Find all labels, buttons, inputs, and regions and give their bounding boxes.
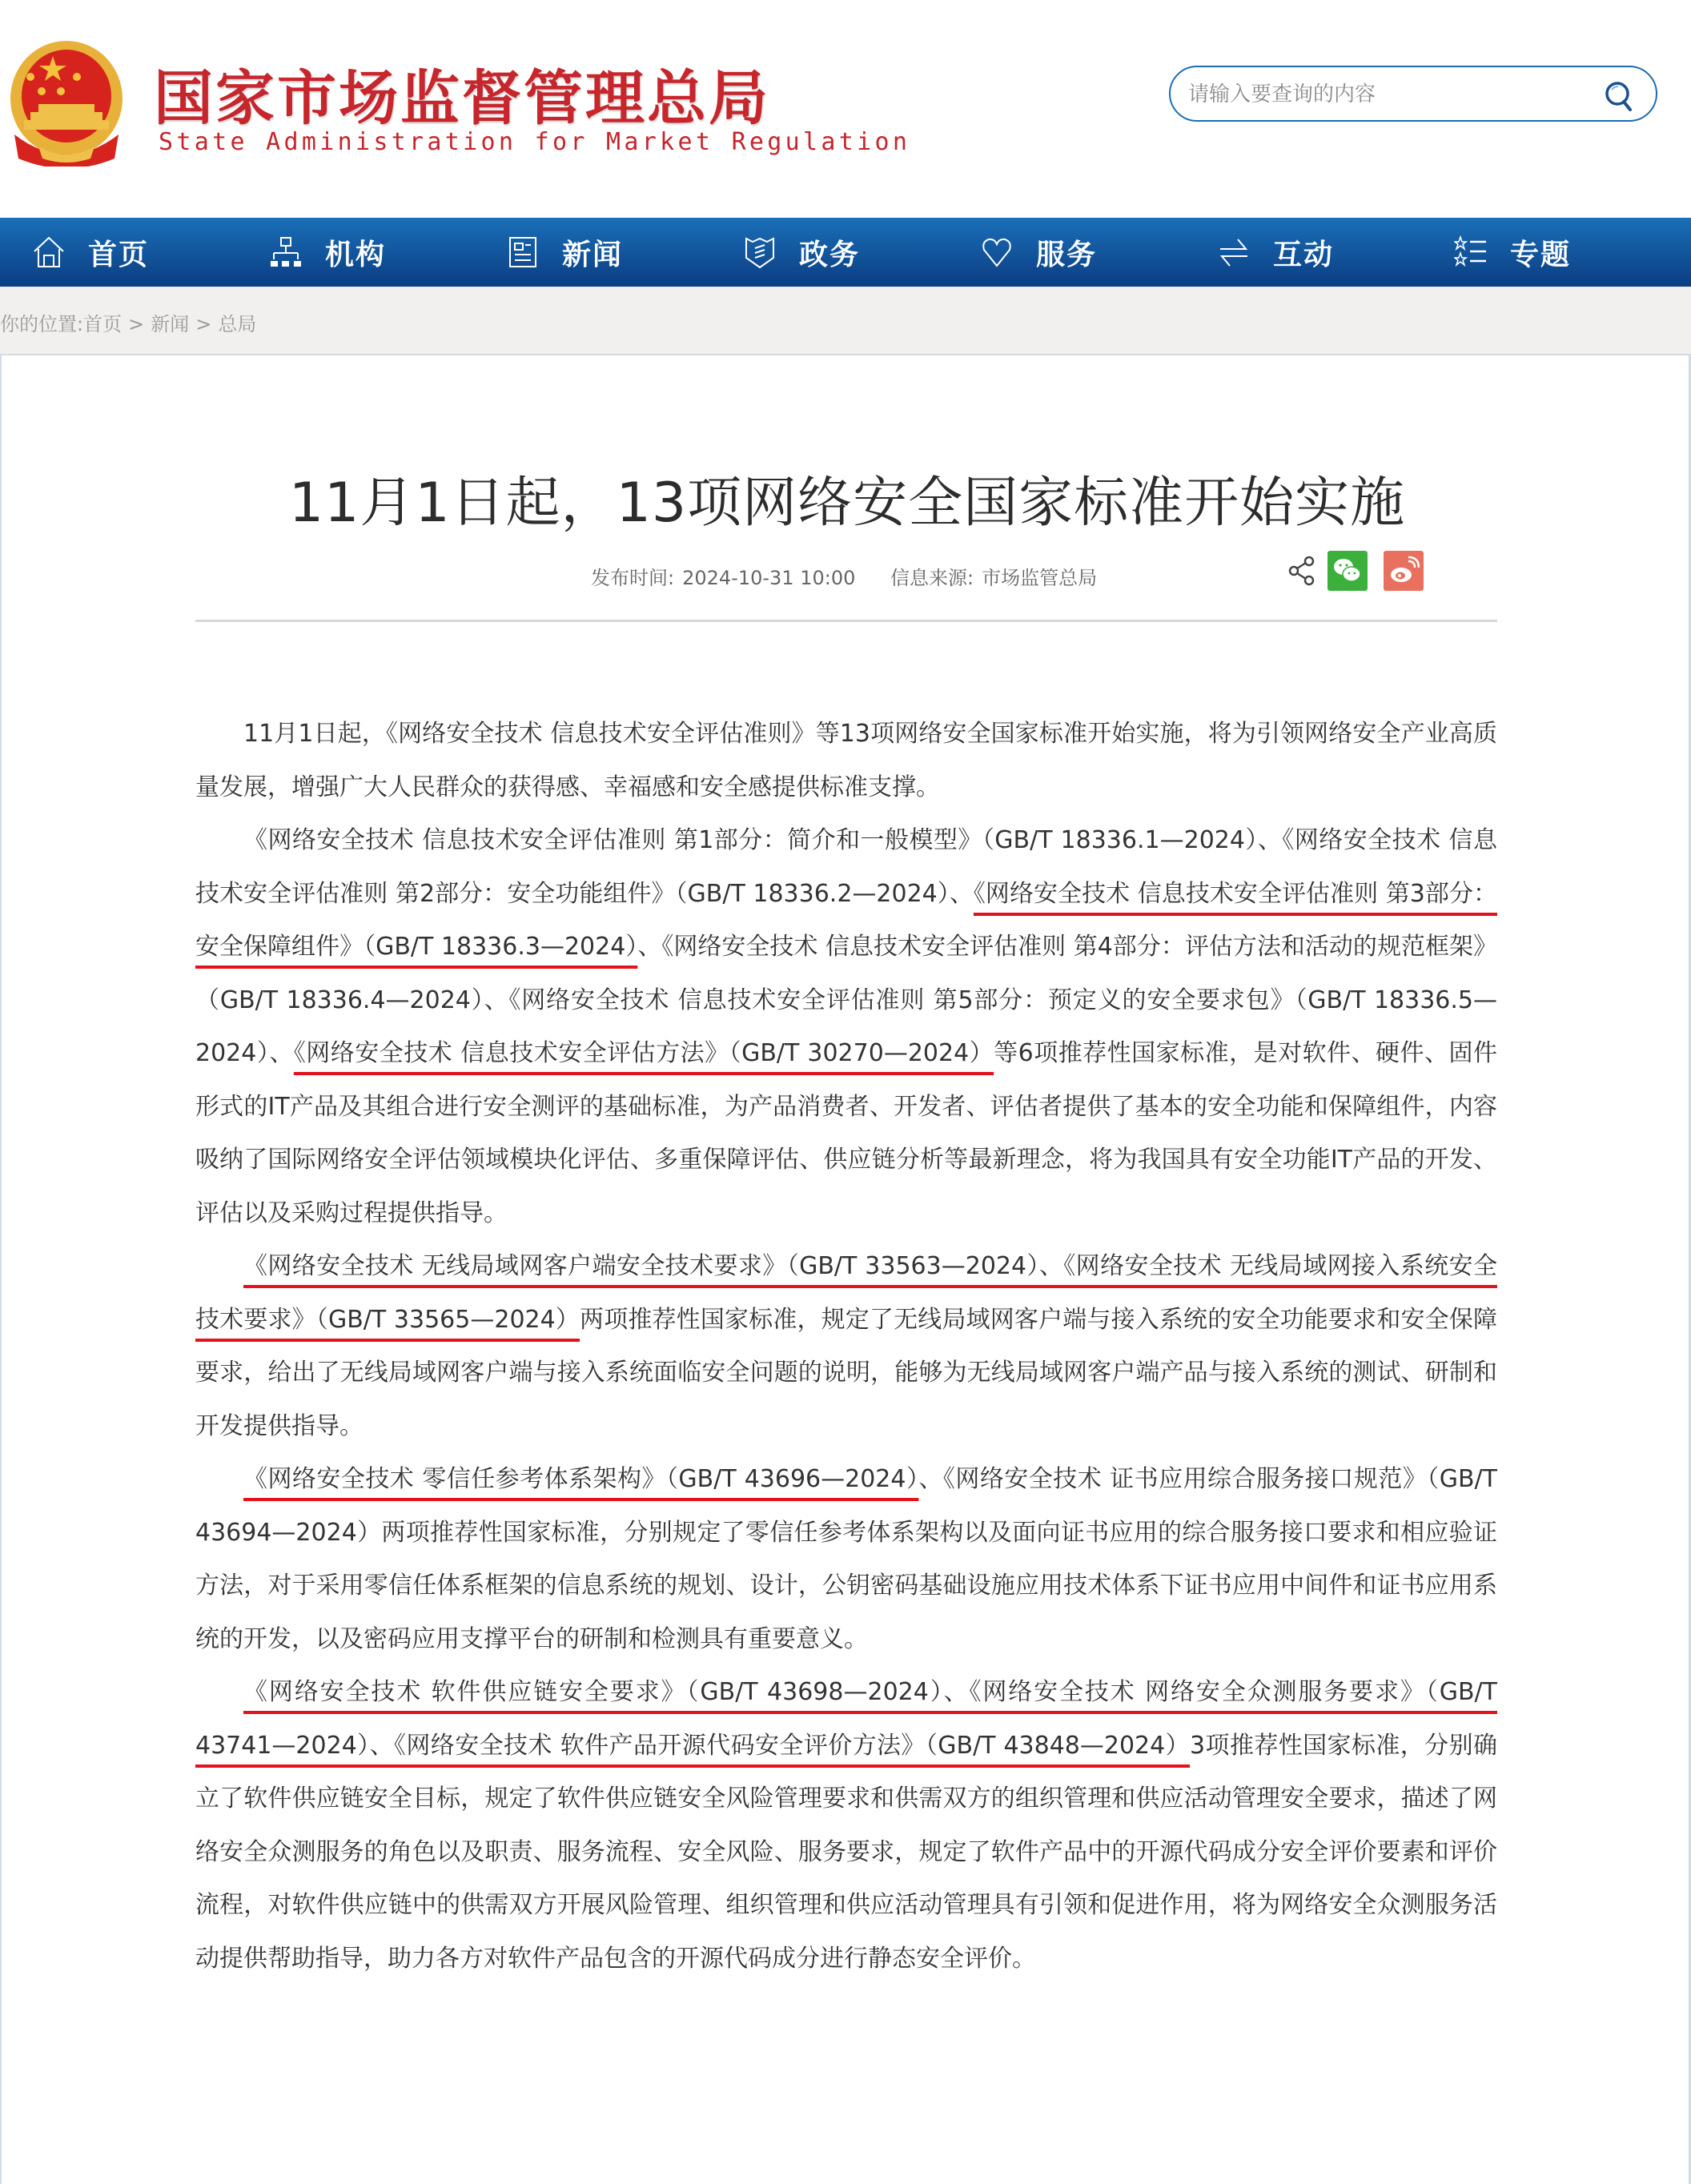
breadcrumb-prefix: 你的位置: (0, 313, 83, 335)
search-input[interactable] (1188, 75, 1573, 114)
breadcrumb-hq-link[interactable]: 总局 (218, 313, 256, 335)
nav-label: 服务 (1036, 232, 1097, 273)
star-list-icon (1454, 235, 1488, 269)
nav-item-org[interactable]: 机构 (269, 218, 506, 287)
search-box (1169, 66, 1657, 122)
home-icon (32, 235, 66, 269)
nav-label: 首页 (88, 232, 149, 273)
nav-item-services[interactable]: 服务 (980, 218, 1217, 287)
paragraph-text: 11月1日起，《网络安全技术 信息技术安全评估准则》等13项网络安全国家标准开始… (195, 720, 1497, 801)
article-paragraph: 11月1日起，《网络安全技术 信息技术安全评估准则》等13项网络安全国家标准开始… (195, 708, 1497, 814)
nav-item-home[interactable]: 首页 (32, 218, 269, 287)
weibo-share-button[interactable] (1384, 551, 1424, 591)
breadcrumb-home-link[interactable]: 首页 (83, 313, 122, 335)
nav-label: 新闻 (562, 232, 623, 273)
national-emblem-icon[interactable] (6, 38, 127, 167)
title-divider (195, 620, 1497, 622)
article-title: 11月1日起，13项网络安全国家标准开始实施 (2, 460, 1691, 537)
highlighted-standard: 《网络安全技术 信息技术安全评估方法》（GB/T 30270—2024） (294, 1039, 994, 1067)
wechat-share-button[interactable] (1327, 551, 1368, 591)
weibo-icon (1388, 555, 1420, 587)
article-paragraph: 《网络安全技术 信息技术安全评估准则 第1部分：简介和一般模型》（GB/T 18… (195, 814, 1497, 1240)
site-header: 国家市场监督管理总局 State Administration for Mark… (0, 0, 1691, 218)
nav-label: 互动 (1273, 232, 1334, 273)
heart-icon (980, 235, 1014, 269)
nav-label: 专题 (1510, 232, 1571, 273)
article-body: 11月1日起，《网络安全技术 信息技术安全评估准则》等13项网络安全国家标准开始… (195, 708, 1497, 1985)
source-label: 信息来源: (890, 567, 974, 589)
nav-label: 政务 (799, 232, 860, 273)
article-paragraph: 《网络安全技术 零信任参考体系架构》（GB/T 43696—2024）、《网络安… (195, 1453, 1497, 1666)
news-icon (506, 235, 540, 269)
paragraph-text: 3项推荐性国家标准，分别确立了软件供应链安全目标，规定了软件供应链安全风险管理要… (195, 1732, 1497, 1973)
publish-value: 2024-10-31 10:00 (682, 567, 855, 589)
breadcrumb-separator: > (128, 313, 144, 335)
nav-item-interaction[interactable]: 互动 (1217, 218, 1454, 287)
breadcrumb-news-link[interactable]: 新闻 (151, 313, 189, 335)
search-icon[interactable] (1601, 78, 1637, 114)
article-container: 11月1日起，13项网络安全国家标准开始实施 发布时间:2024-10-31 1… (0, 354, 1691, 2184)
wechat-icon (1332, 555, 1364, 587)
paragraph-text: 、《网络安全技术 证书应用综合服务接口规范》（GB/T 43694—2024）两… (195, 1465, 1497, 1653)
article-paragraph: 《网络安全技术 无线局域网客户端安全技术要求》（GB/T 33563—2024）… (195, 1240, 1497, 1453)
exchange-icon (1217, 235, 1251, 269)
nav-item-topics[interactable]: 专题 (1454, 218, 1691, 287)
main-nav: 首页 机构 新闻 政务 (0, 218, 1691, 287)
source-value: 市场监管总局 (982, 567, 1097, 589)
publish-label: 发布时间: (591, 567, 674, 589)
breadcrumb-separator: > (195, 313, 211, 335)
nav-item-news[interactable]: 新闻 (506, 218, 743, 287)
logo-chinese-title[interactable]: 国家市场监督管理总局 (154, 51, 770, 136)
shield-icon (743, 235, 777, 269)
org-chart-icon (269, 235, 303, 269)
article-meta: 发布时间:2024-10-31 10:00 信息来源:市场监管总局 (591, 562, 1126, 590)
breadcrumb: 你的位置:首页>新闻>总局 (0, 308, 256, 336)
article-paragraph: 《网络安全技术 软件供应链安全要求》（GB/T 43698—2024）、《网络安… (195, 1666, 1497, 1985)
paragraph-text: 等6项推荐性国家标准，是对软件、硬件、固件形式的IT产品及其组合进行安全测评的基… (195, 1039, 1497, 1227)
share-bar (1287, 551, 1424, 591)
share-icon[interactable] (1287, 555, 1316, 587)
nav-label: 机构 (325, 232, 386, 273)
highlighted-standard: 《网络安全技术 零信任参考体系架构》（GB/T 43696—2024） (243, 1465, 918, 1493)
logo-english-title[interactable]: State Administration for Market Regulati… (159, 128, 910, 156)
publish-time: 发布时间:2024-10-31 10:00 (591, 567, 855, 589)
info-source: 信息来源:市场监管总局 (890, 567, 1097, 589)
nav-item-government-affairs[interactable]: 政务 (743, 218, 980, 287)
